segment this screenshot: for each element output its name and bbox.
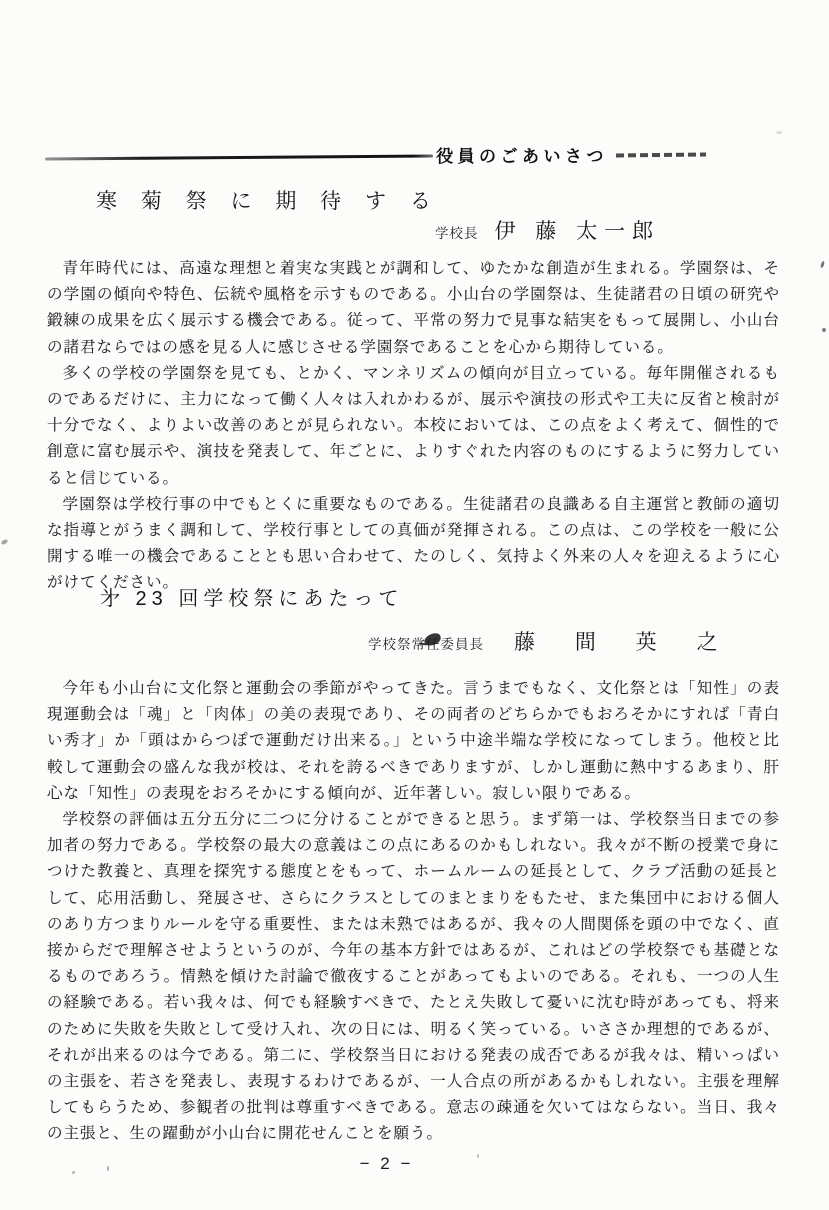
header-rule-right-dashed (616, 153, 706, 158)
section2-title: 㐧 23 回学校祭にあたって (100, 582, 403, 611)
scan-speck (822, 328, 826, 332)
scan-speck (477, 1154, 479, 1158)
section2-author-name: 藤 間 英 之 (514, 626, 735, 656)
section2-paragraph-1: 今年も小山台に文化祭と運動会の季節がやってきた。言うまでもなく、文化祭とは「知性… (47, 676, 780, 807)
scan-speck (107, 1166, 109, 1171)
section1-paragraph-2: 多くの学校の学園祭を見ても、とかく、マンネリズムの傾向が目立っている。毎年開催さ… (47, 361, 780, 492)
page-number: − 2 − (0, 1154, 801, 1174)
section2-paragraph-2: 学校祭の評価は五分五分に二つに分けることができると思う。まず第一は、学校祭当日ま… (47, 807, 780, 1148)
scanned-document-page: 役員のごあいさつ 寒 菊 祭 に 期 待 す る 学校長 伊 藤 太一郎 青年時… (0, 0, 829, 1210)
scan-speck (0, 539, 8, 546)
scan-speck (72, 1171, 75, 1174)
header-rule-left (45, 154, 433, 160)
section1-body: 青年時代には、高遠な理想と着実な実践とが調和して、ゆたかな創造が生まれる。学園祭… (47, 256, 780, 597)
section2-author-row: 学校祭常任委員長 藤 間 英 之 (368, 626, 735, 656)
section1-author-name: 伊 藤 太一郎 (495, 215, 661, 245)
section1-paragraph-3: 学園祭は学校行事の中でもとくに重要なものである。生徒諸君の良識ある自主運営と教師… (47, 492, 780, 597)
scan-speck (776, 131, 782, 134)
section1-paragraph-1: 青年時代には、高遠な理想と着実な実践とが調和して、ゆたかな創造が生まれる。学園祭… (47, 256, 780, 361)
section2-author-role: 学校祭常任委員長 (368, 633, 484, 653)
section1-title: 寒 菊 祭 に 期 待 す る (96, 185, 440, 215)
header-section-label: 役員のごあいさつ (436, 142, 608, 167)
scan-speck (820, 261, 825, 269)
section1-author-row: 学校長 伊 藤 太一郎 (435, 215, 660, 245)
section2-body: 今年も小山台に文化祭と運動会の季節がやってきた。言うまでもなく、文化祭とは「知性… (47, 676, 780, 1148)
section1-author-role: 学校長 (435, 222, 479, 242)
